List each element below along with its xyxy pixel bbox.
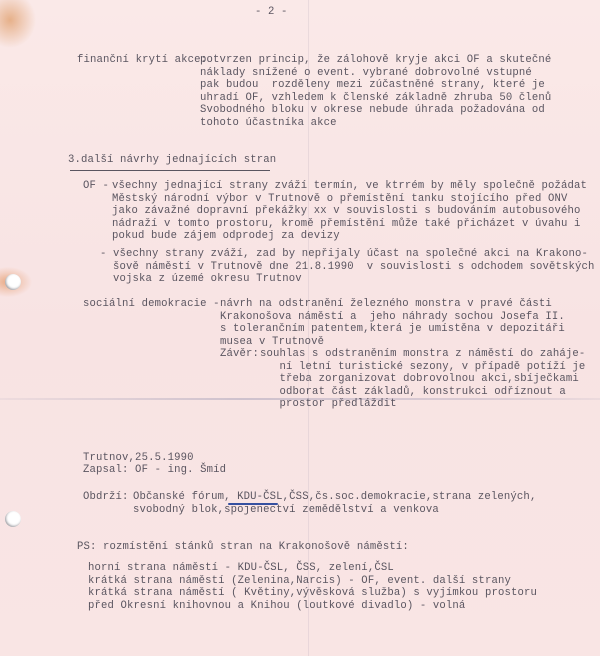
financing-body: potvrzen princip, že zálohově kryje akci… — [200, 54, 551, 129]
social-democracy-proposal: návrh na odstranění železného monstra v … — [220, 298, 565, 348]
page-number: - 2 - — [255, 6, 288, 19]
punch-hole-middle — [5, 274, 21, 290]
social-democracy-label: sociální demokracie - — [83, 298, 220, 311]
place-date: Trutnov,25.5.1990 — [83, 452, 194, 465]
financing-label: finanční krytí akce: — [77, 54, 207, 67]
recorded-by: Zapsal: OF - ing. Šmíd — [83, 464, 226, 477]
of-proposal-body: všechny jednající strany zváží termín, v… — [112, 180, 587, 243]
postscript-stall-list: horní strana náměstí - KDU-ČSL, ČSS, zel… — [88, 562, 537, 612]
pen-underline-kdu-csl — [228, 503, 278, 505]
section-3-heading: 3.další návrhy jednajících stran — [68, 154, 276, 167]
recipients-list: Občanské fórum, KDU-ČSL,ČSS,čs.soc.demok… — [133, 491, 536, 516]
punch-hole-lower — [5, 511, 21, 527]
conclusion-label: Závěr: — [220, 348, 259, 361]
all-parties-proposal: - všechny strany zváží, zad by nepřijaly… — [100, 248, 595, 286]
of-proposal-label: OF - — [83, 180, 109, 193]
postscript-heading: PS: rozmístění stánků stran na Krakonošo… — [77, 541, 409, 554]
recipients-label: Obdrží: — [83, 491, 129, 504]
section-3-underline — [70, 170, 270, 171]
conclusion-body: souhlas s odstraněním monstra z náměstí … — [260, 348, 585, 411]
